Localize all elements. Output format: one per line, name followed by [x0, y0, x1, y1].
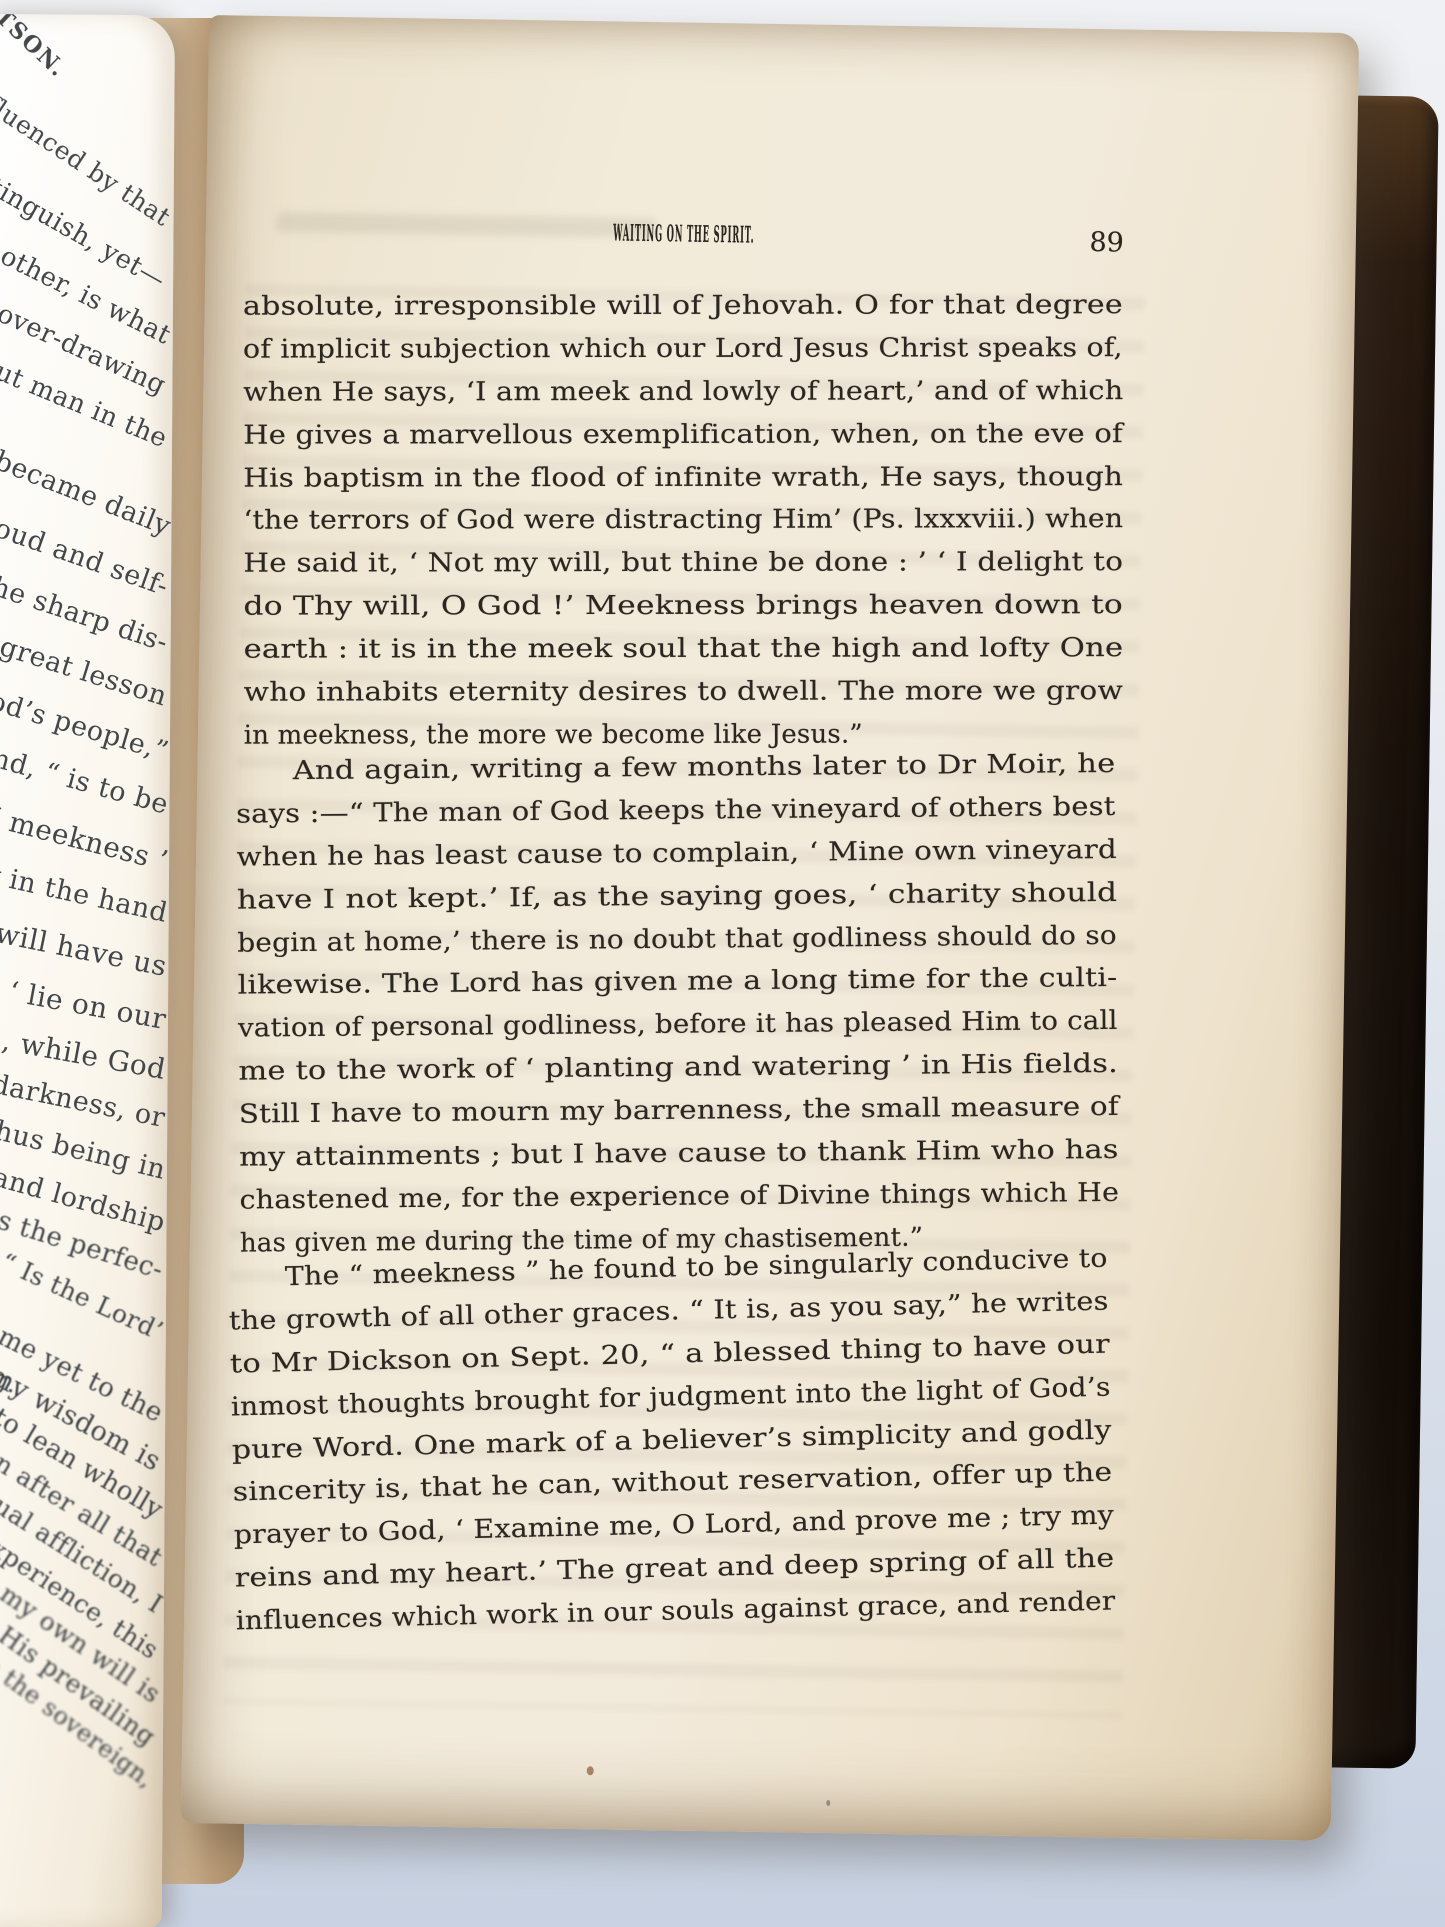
text-line: of implicit subjection which our Lord Je… [243, 333, 1123, 377]
page-number: 89 [1089, 227, 1124, 259]
text-line: absolute, irresponsible will of Jehovah.… [243, 290, 1123, 334]
left-page: WITSON.influenced by thatextinguish, yet… [0, 14, 175, 1927]
text-line: have I not kept.’ If, as the saying goes… [237, 878, 1117, 929]
text-line: He gives a marvellous exemplification, w… [243, 419, 1123, 463]
text-line: me to the work of ‘ planting and waterin… [238, 1049, 1118, 1100]
page-header: WAITING ON THE SPIRIT. 89 [243, 214, 1124, 272]
text-line: His baptism in the flood of infinite wra… [243, 462, 1123, 506]
text-line: says :—“ The man of God keeps the vineya… [236, 792, 1116, 843]
book-photo: WITSON.influenced by thatextinguish, yet… [0, 0, 1445, 1927]
text-line: Still I have to mourn my barrenness, the… [239, 1092, 1119, 1143]
text-line: chastened me, for the experience of Divi… [239, 1178, 1119, 1229]
paragraph: absolute, irresponsible will of Jehovah.… [243, 290, 1124, 763]
text-line: when He says, ‘I am meek and lowly of he… [243, 376, 1123, 420]
text-line: when he has least cause to complain, ‘ M… [236, 835, 1116, 886]
text-line: do Thy will, O God !’ Meekness brings he… [243, 590, 1123, 634]
body-text-column: absolute, irresponsible will of Jehovah.… [247, 16, 1127, 30]
text-line: And again, writing a few months later to… [236, 749, 1116, 800]
paper-speck [587, 1766, 594, 1775]
text-line: begin at home,’ there is no doubt that g… [237, 920, 1117, 971]
text-line: vation of personal godliness, before it … [238, 1006, 1118, 1057]
text-line: my attainments ; but I have cause to tha… [239, 1135, 1119, 1186]
left-page-text-fragment: WITSON. [0, 14, 72, 83]
text-line: likewise. The Lord has given me a long t… [237, 963, 1117, 1014]
paper-speck [826, 1800, 830, 1806]
paragraph: The “ meekness ” he found to be singular… [228, 1244, 1117, 1650]
running-head: WAITING ON THE SPIRIT. [526, 218, 841, 250]
text-line: He said it, ‘ Not my will, but thine be … [243, 547, 1123, 591]
text-line: earth : it is in the meek soul that the … [244, 633, 1124, 677]
text-line: who inhabits eternity desires to dwell. … [244, 676, 1124, 720]
text-line: ‘the terrors of God were distracting Him… [243, 505, 1123, 549]
right-page: WAITING ON THE SPIRIT. 89 absolute, irre… [181, 15, 1359, 1841]
paragraph: And again, writing a few months later to… [236, 749, 1120, 1271]
